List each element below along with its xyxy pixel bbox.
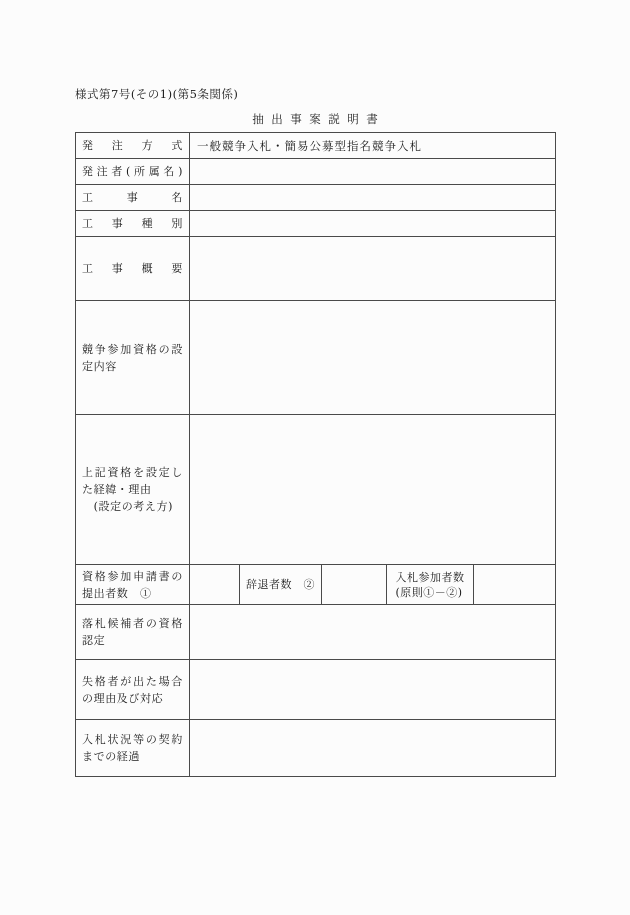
construction-summary-label-cell: 工事概要 [76, 237, 189, 300]
table-row-construction-name: 工事名 [76, 184, 555, 210]
bid-progress-value [189, 720, 555, 776]
winner-qualification-label: 落札候補者の資格認定 [82, 615, 183, 649]
construction-name-label-cell: 工事名 [76, 185, 189, 210]
form-number: 様式第7号(その1)(第5条関係) [75, 86, 238, 102]
orderer-label-cell: 発注者(所属名) [76, 159, 189, 184]
construction-summary-value [189, 237, 555, 300]
table-row-qualification-content: 競争参加資格の設定内容 [76, 300, 555, 414]
table-row-construction-type: 工事種別 [76, 210, 555, 236]
table-row-order-method: 発注方式 一般競争入札・簡易公募型指名競争入札 [76, 133, 555, 158]
table-row-winner-qualification: 落札候補者の資格認定 [76, 604, 555, 659]
decline-count-label-cell: 辞退者数 ② [239, 565, 321, 604]
construction-name-value [189, 185, 555, 210]
qualification-content-label-cell: 競争参加資格の設定内容 [76, 301, 189, 414]
decline-count-label: 辞退者数 ② [246, 577, 315, 592]
order-method-value: 一般競争入札・簡易公募型指名競争入札 [189, 133, 555, 158]
applicants-count-value [189, 565, 239, 604]
table-row-disqualified-handling: 失格者が出た場合の理由及び対応 [76, 659, 555, 719]
bid-participants-label: 入札参加者数 (原則①－②) [396, 570, 465, 600]
table-row-orderer: 発注者(所属名) [76, 158, 555, 184]
disqualified-handling-value [189, 660, 555, 719]
table-row-qualification-reason: 上記資格を設定した経緯・理由 (設定の考え方) [76, 414, 555, 564]
order-method-label-cell: 発注方式 [76, 133, 189, 158]
table-row-construction-summary: 工事概要 [76, 236, 555, 300]
bid-participants-label-cell: 入札参加者数 (原則①－②) [386, 565, 473, 604]
decline-count-value [321, 565, 386, 604]
construction-type-label-cell: 工事種別 [76, 211, 189, 236]
qualification-reason-label: 上記資格を設定した経緯・理由 (設定の考え方) [82, 464, 183, 515]
table-row-applicants: 資格参加申請書の提出者数 ① 辞退者数 ② 入札参加者数 (原則①－②) [76, 564, 555, 604]
bid-progress-label-cell: 入札状況等の契約までの経過 [76, 720, 189, 776]
winner-qualification-value [189, 605, 555, 659]
qualification-reason-value [189, 415, 555, 564]
applicants-label-cell: 資格参加申請書の提出者数 ① [76, 565, 189, 604]
disqualified-handling-label-cell: 失格者が出た場合の理由及び対応 [76, 660, 189, 719]
order-method-label: 発注方式 [82, 137, 183, 154]
page-title: 抽出事案説明書 [0, 111, 630, 127]
table-row-bid-progress: 入札状況等の契約までの経過 [76, 719, 555, 776]
qualification-content-label: 競争参加資格の設定内容 [82, 341, 183, 375]
qualification-content-value [189, 301, 555, 414]
bid-participants-value [473, 565, 555, 604]
orderer-label: 発注者(所属名) [82, 163, 183, 180]
bid-progress-label: 入札状況等の契約までの経過 [82, 731, 183, 765]
construction-type-label: 工事種別 [82, 215, 183, 232]
disqualified-handling-label: 失格者が出た場合の理由及び対応 [82, 673, 183, 707]
winner-qualification-label-cell: 落札候補者の資格認定 [76, 605, 189, 659]
applicants-label: 資格参加申請書の提出者数 ① [82, 568, 183, 602]
construction-summary-label: 工事概要 [82, 260, 183, 277]
case-description-table: 発注方式 一般競争入札・簡易公募型指名競争入札 発注者(所属名) 工事名 工事種… [75, 132, 556, 777]
orderer-value [189, 159, 555, 184]
qualification-reason-label-cell: 上記資格を設定した経緯・理由 (設定の考え方) [76, 415, 189, 564]
document-page: 様式第7号(その1)(第5条関係) 抽出事案説明書 発注方式 一般競争入札・簡易… [0, 0, 630, 915]
construction-type-value [189, 211, 555, 236]
construction-name-label: 工事名 [82, 189, 183, 206]
